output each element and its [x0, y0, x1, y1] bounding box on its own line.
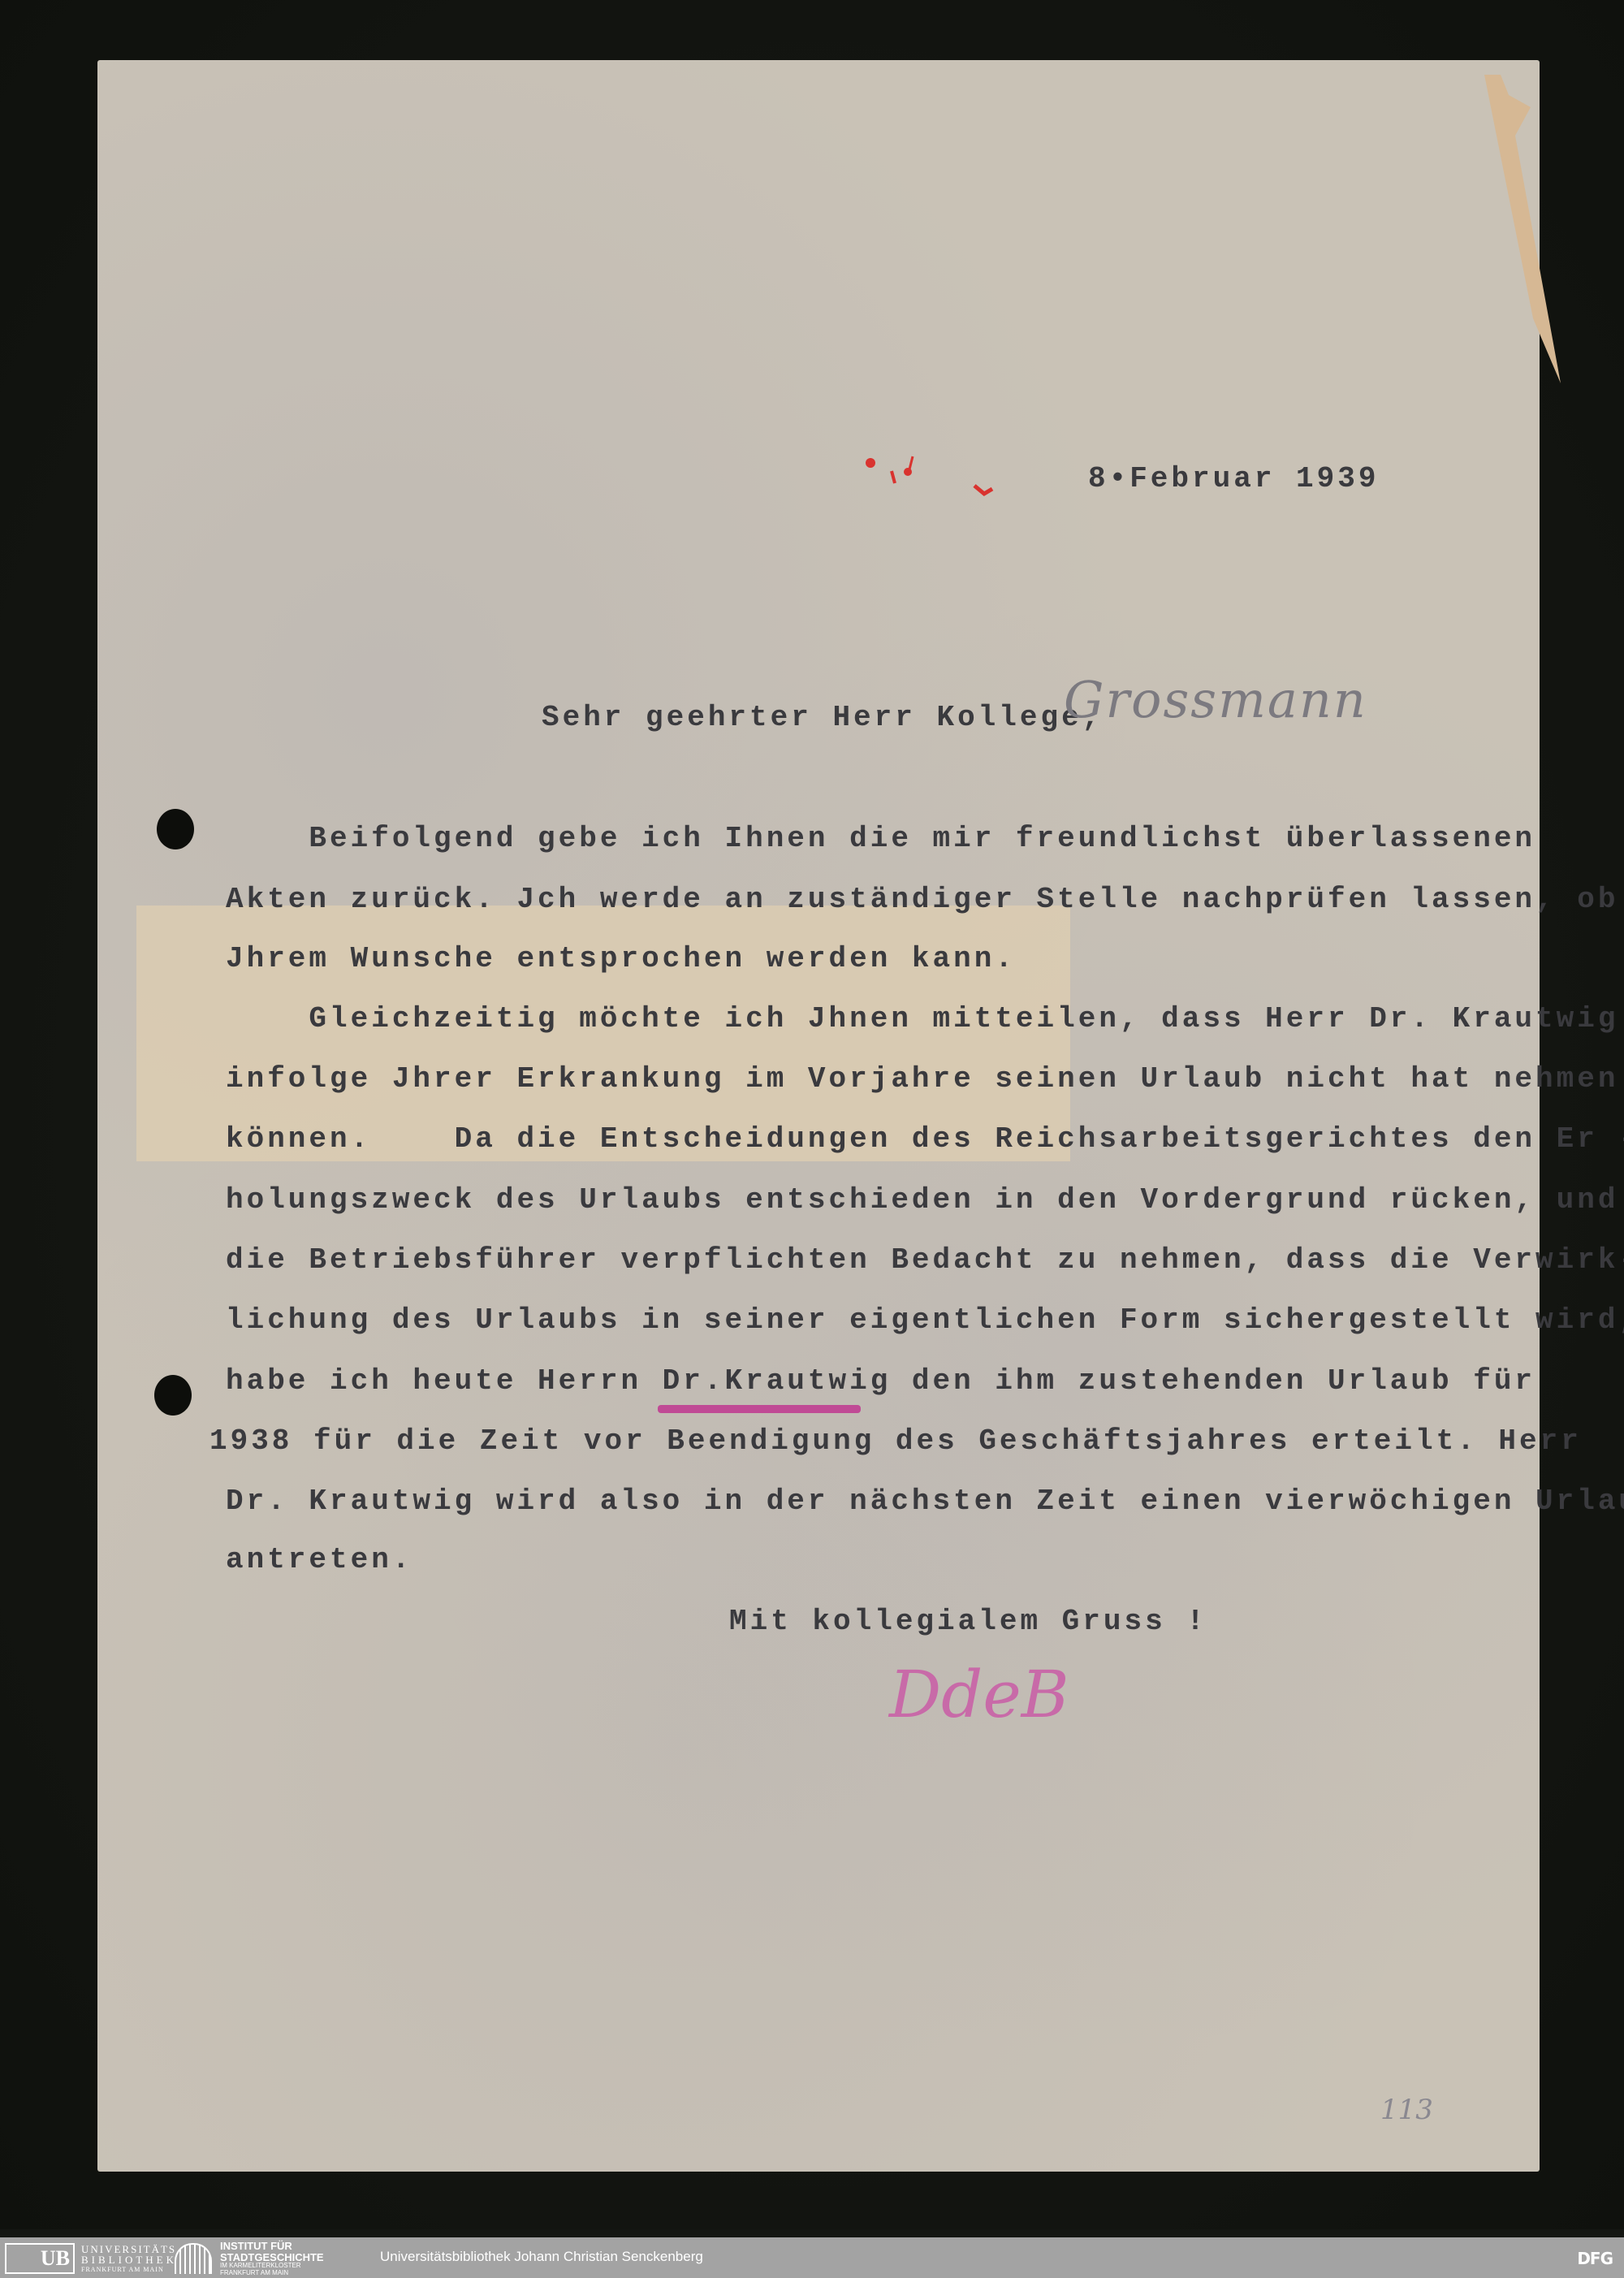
isg-logo-line4: FRANKFURT AM MAIN — [220, 2270, 324, 2276]
ub-logo[interactable]: UB UNIVERSITÄTS BIBLIOTHEK FRANKFURT AM … — [5, 2242, 177, 2275]
body-line: Gleichzeitig möchte ich Jhnen mitteilen,… — [226, 1005, 1618, 1034]
body-line: Beifolgend gebe ich Ihnen die mir freund… — [226, 824, 1535, 854]
footer-bar: UB UNIVERSITÄTS BIBLIOTHEK FRANKFURT AM … — [0, 2237, 1624, 2278]
handwritten-signature: DdeB — [889, 1657, 1069, 1732]
body-line: lichung des Urlaubs in seiner eigentlich… — [226, 1306, 1624, 1335]
page-number-pencil: 113 — [1380, 2094, 1433, 2126]
isg-logo[interactable]: INSTITUT FÜR STADTGESCHICHTE IM KARMELIT… — [175, 2242, 324, 2275]
letter-closing: Mit kollegialem Gruss ! — [729, 1607, 1207, 1636]
dfg-logo[interactable]: DFG — [1577, 2249, 1613, 2268]
body-line: Dr. Krautwig wird also in der nächsten Z… — [226, 1487, 1624, 1516]
footer-title: Universitätsbibliothek Johann Christian … — [380, 2249, 703, 2265]
ub-logo-mark: UB — [5, 2243, 75, 2274]
isg-logo-line1: INSTITUT FÜR — [220, 2241, 324, 2252]
body-line: Akten zurück. Jch werde an zuständiger S… — [226, 885, 1618, 914]
body-line: antreten. — [226, 1545, 412, 1575]
body-line: infolge Jhrer Erkrankung im Vorjahre sei… — [226, 1065, 1618, 1094]
handwritten-recipient-name: Grossmann — [1064, 670, 1367, 729]
isg-logo-line2: STADTGESCHICHTE — [220, 2252, 324, 2263]
arch-icon — [175, 2243, 212, 2274]
punch-hole-top — [157, 809, 194, 849]
ub-logo-line2: BIBLIOTHEK — [81, 2254, 177, 2265]
body-line: 1938 für die Zeit vor Beendigung des Ges… — [209, 1427, 1582, 1456]
punch-hole-bottom — [154, 1375, 192, 1416]
body-line: die Betriebsführer verpflichten Bedacht … — [226, 1246, 1624, 1275]
body-line: holungszweck des Urlaubs entschieden in … — [226, 1186, 1618, 1215]
highlight-underline — [658, 1405, 861, 1413]
red-ink-marks — [861, 447, 1023, 504]
letter-date: 8•Februar 1939 — [1088, 465, 1379, 494]
body-line: können. Da die Entscheidungen des Reichs… — [226, 1125, 1624, 1154]
body-line: Jhrem Wunsche entsprochen werden kann. — [226, 944, 1016, 974]
body-line: habe ich heute Herrn Dr.Krautwig den ihm… — [226, 1367, 1535, 1396]
ub-logo-line3: FRANKFURT AM MAIN — [81, 2267, 177, 2273]
letter-salutation: Sehr geehrter Herr Kollege, — [542, 703, 1103, 733]
